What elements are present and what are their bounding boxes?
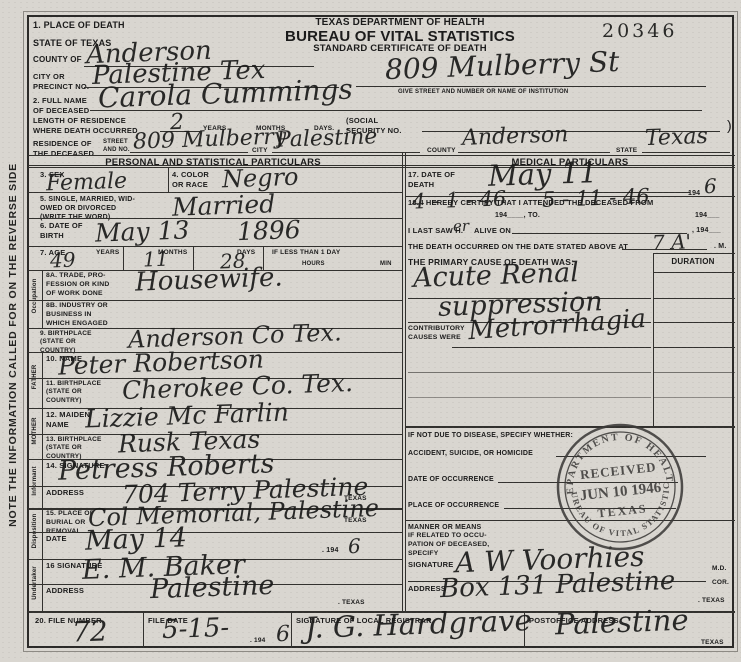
rule [642,152,730,153]
mother-maiden-label: 12. MAIDEN NAME [46,410,90,430]
rule [653,322,735,323]
rule [653,372,735,373]
side-label-occupation: Occupation [32,268,40,324]
age-hours-label: HOURS [302,261,325,269]
postoffice-value: Palestine [555,606,690,640]
death-certificate-scan: NOTE THE INFORMATION CALLED FOR ON THE R… [0,0,741,662]
md-label: M.D. [712,565,727,573]
accident-text: ACCIDENT, SUICIDE, OR HOMICIDE [408,449,533,458]
rule [653,253,735,254]
received-stamp: DEPARTMENT OF HEALTH BUREAU OF VITAL STA… [545,412,694,561]
attended-to-value: 5 - 11 - 46 [542,186,650,211]
stamp-texas-text: TEXAS [597,501,648,520]
dob-label: 6. DATE OF BIRTH [40,221,83,241]
rule [28,167,735,168]
residence-county-value: Anderson [462,124,569,150]
death-time-value: 7 A' [652,231,692,252]
ssn-paren: ) [727,116,732,134]
age-years-value: 49 [50,250,76,271]
rule [42,270,43,328]
rule [143,611,144,648]
undertaker-address-value: Palestine [150,572,275,603]
color-race-value: Negro [222,165,299,192]
fullname-label: 2. FULL NAME OF DECEASED [33,96,89,116]
rule [168,168,169,192]
burial-year-digit: 6 [348,536,361,556]
trade-label: 8A. TRADE, PRO- FESSION OR KIND OF WORK … [46,272,109,298]
residence-length-label: LENGTH OF RESIDENCE WHERE DEATH OCCURRED [33,116,138,136]
side-label-undertaker: Undertaker [32,555,40,611]
rule [272,152,420,153]
stamp-date-text: JUN 10 1946 [579,480,662,505]
side-label-disposition: Disposition [32,503,40,559]
certificate-number: 20346 [602,20,677,42]
age-days-label: DAYS [237,249,255,257]
residence-city-value: Palestine [276,126,378,152]
rule [653,298,735,299]
father-birthplace-label: 11. BIRTHPLACE (STATE OR COUNTRY) [46,380,101,405]
death-occurred-text: THE DEATH OCCURRED ON THE DATE STATED AB… [408,242,628,252]
death-year-digit: 6 [704,176,717,196]
rule [28,165,735,166]
color-race-label: 4. COLOR OR RACE [172,170,209,190]
rule [130,152,248,153]
rule [123,246,124,270]
street-value: 809 Mulberry St [385,48,620,84]
rule [28,300,403,301]
rule [28,218,403,219]
father-birthplace-value: Cherokee Co. Tex. [122,370,354,403]
column-divider [402,153,403,612]
burial-texas-label: TEXAS [344,517,367,525]
file-year-prefix: . 194 [250,637,265,645]
rule [356,86,706,87]
side-label-father: FATHER [32,349,40,405]
place-of-death-label: 1. PLACE OF DEATH [33,20,125,32]
contributory-label: CONTRIBUTORY CAUSES WERE [408,325,465,343]
certify-mid: 194____, TO. [495,211,540,220]
rule [653,347,735,348]
death-meridiem: . M. [714,242,726,251]
date-occurrence-text: DATE OF OCCURRENCE [408,475,494,484]
rule [28,246,403,247]
age-years-label: YEARS [96,249,119,257]
dob-value: May 13 [95,217,190,245]
street-hint: GIVE STREET AND NUMBER OR NAME OF INSTIT… [398,89,568,97]
trade-value: Housewife. [135,264,283,295]
age-months-label: MONTHS [158,249,187,257]
last-saw-end: , 194___ [692,226,721,235]
duration-label: DURATION [653,257,733,267]
attended-from-value: 4 - 1 - 46 [412,188,507,212]
rule [653,272,735,273]
rule [42,352,43,612]
rule [653,253,654,427]
rule [291,611,292,648]
physician-address-value: Box 131 Palestine [440,568,676,602]
burial-year-prefix: . 194 [322,546,339,555]
registrar-signature-value: J. G. Hardgrave [305,606,533,643]
file-date-value: 5-15- [162,615,230,643]
age-less-label: IF LESS THAN 1 DAY [272,249,340,257]
certify-end: 194___ [695,211,720,220]
footer-texas-label: TEXAS [701,639,724,647]
physician-texas-label: . TEXAS [698,597,725,605]
column-divider [405,153,406,612]
rule [452,347,651,348]
rule [653,397,735,398]
physician-signature-label: SIGNATURE [408,560,453,570]
manner-means-text: MANNER OR MEANS [408,523,481,532]
dob-year: 1896 [237,217,301,244]
burial-date-label: DATE [46,534,67,544]
city-precinct-label: CITY OR PRECINCT NO. [33,72,89,92]
street-no-label: STREET AND NO. [103,139,130,155]
last-saw-post: ALIVE ON [474,226,511,236]
county-label: COUNTY OF [33,55,82,65]
industry-label: 8B. INDUSTRY OR BUSINESS IN WHICH ENGAGE… [46,302,108,328]
burial-date-value: May 14 [85,524,188,555]
rule [458,152,610,153]
file-year-digit: 6 [276,624,291,646]
residence-state-value: Texas [645,126,709,150]
last-saw-hw: er [453,219,470,235]
undertaker-address-label: ADDRESS [46,586,84,596]
informant-address-label: ADDRESS [46,488,84,498]
undertaker-texas-label: . TEXAS [338,599,365,607]
rule [28,155,735,156]
death-date-label: 17. DATE OF DEATH [408,170,455,190]
side-label-informant: Informant [32,453,40,509]
place-occurrence-text: PLACE OF OCCURRENCE [408,501,499,510]
stamp-received-text: RECEIVED [579,459,657,482]
side-label-mother: MOTHER [32,403,40,459]
file-number-value: 72 [72,617,109,646]
age-min-label: MIN [380,261,392,269]
margin-note: NOTE THE INFORMATION CALLED FOR ON THE R… [7,115,21,575]
rule [408,397,651,398]
cor-label: COR. [712,579,729,587]
rule [408,372,651,373]
